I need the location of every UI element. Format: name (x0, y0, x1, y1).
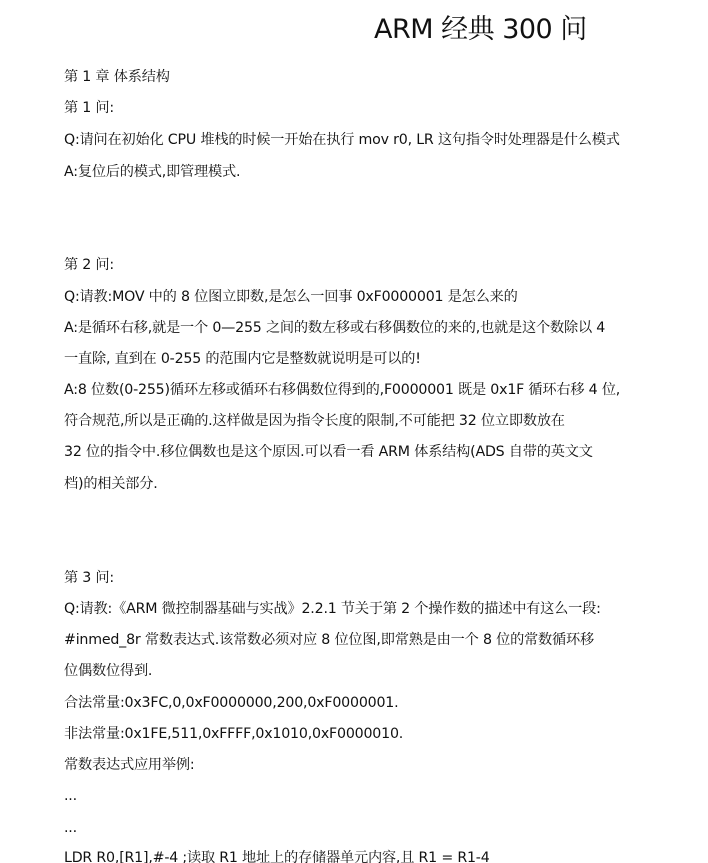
answer-text-1: A:复位后的模式,即管理模式. (64, 162, 240, 182)
answer-text-2b-line-2: 符合规范,所以是正确的.这样做是因为指令长度的限制,不可能把 32 位立即数放在 (64, 411, 565, 431)
question-text-3-line-3: 位偶数位得到. (64, 661, 152, 681)
question-heading-3: 第 3 问: (64, 568, 114, 588)
answer-text-2a-line-2: 一直除, 直到在 0-255 的范围内它是整数就说明是可以的! (64, 349, 421, 369)
question-heading-2: 第 2 问: (64, 255, 114, 275)
question-text-3-line-1: Q:请教:《ARM 微控制器基础与实战》2.2.1 节关于第 2 个操作数的描述… (64, 599, 601, 619)
question-text-3-line-2: #inmed_8r 常数表达式.该常数必须对应 8 位位图,即常熟是由一个 8 … (64, 630, 594, 650)
document-title: ARM 经典 300 问 (374, 12, 587, 48)
legal-constants-line: 合法常量:0x3FC,0,0xF0000000,200,0xF0000001. (64, 693, 398, 713)
answer-text-2b-line-1: A:8 位数(0-255)循环左移或循环右移偶数位得到的,F0000001 既是… (64, 380, 620, 400)
ellipsis-line-1: ... (64, 786, 77, 806)
answer-text-2b-line-4: 档)的相关部分. (64, 474, 158, 494)
code-example-line: LDR R0,[R1],#-4 ;读取 R1 地址上的存储器单元内容,且 R1 … (64, 848, 490, 863)
question-text-2: Q:请教:MOV 中的 8 位图立即数,是怎么一回事 0xF0000001 是怎… (64, 287, 518, 307)
question-heading-1: 第 1 问: (64, 98, 114, 118)
ellipsis-line-2: ... (64, 818, 77, 838)
illegal-constants-line: 非法常量:0x1FE,511,0xFFFF,0x1010,0xF0000010. (64, 724, 403, 744)
answer-text-2a-line-1: A:是循环右移,就是一个 0—255 之间的数左移或右移偶数位的来的,也就是这个… (64, 318, 605, 338)
examples-heading: 常数表达式应用举例: (64, 755, 194, 775)
answer-text-2b-line-3: 32 位的指令中.移位偶数也是这个原因.可以看一看 ARM 体系结构(ADS 自… (64, 442, 593, 462)
document-page: ARM 经典 300 问 第 1 章 体系结构 第 1 问: Q:请问在初始化 … (0, 0, 708, 863)
chapter-heading: 第 1 章 体系结构 (64, 67, 170, 87)
question-text-1: Q:请问在初始化 CPU 堆栈的时候一开始在执行 mov r0, LR 这句指令… (64, 130, 620, 150)
